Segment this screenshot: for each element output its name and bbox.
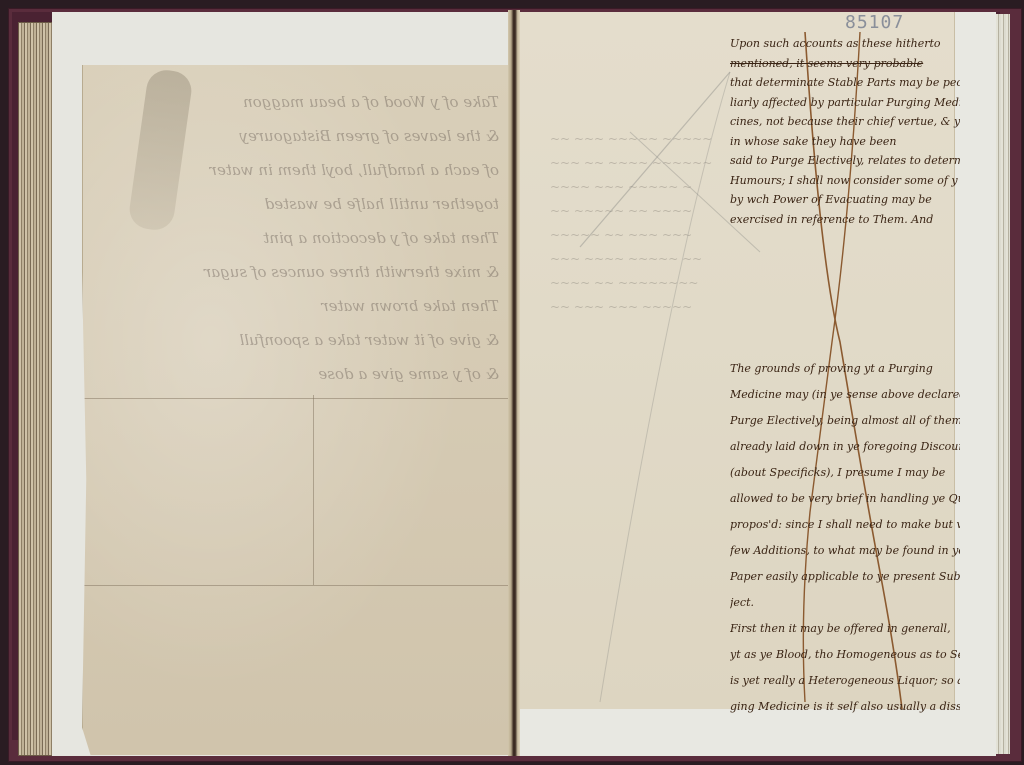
right-page-edges <box>996 14 1010 754</box>
left-page-edges <box>18 22 56 756</box>
folio-number: 85107 <box>845 12 904 33</box>
handwritten-paragraph-1: Upon such accounts as these hitherto men… <box>730 34 960 229</box>
fold-line <box>83 398 509 399</box>
fold-line <box>313 395 314 585</box>
fold-line <box>83 585 509 586</box>
book-spine <box>508 10 520 756</box>
bleed-through-text: Take of y Wood of a beau maggon & the le… <box>103 85 499 391</box>
handwritten-paragraph-2: The grounds of proving yt a Purging Medi… <box>730 356 960 720</box>
left-manuscript-leaf: Take of y Wood of a beau maggon & the le… <box>82 65 509 755</box>
